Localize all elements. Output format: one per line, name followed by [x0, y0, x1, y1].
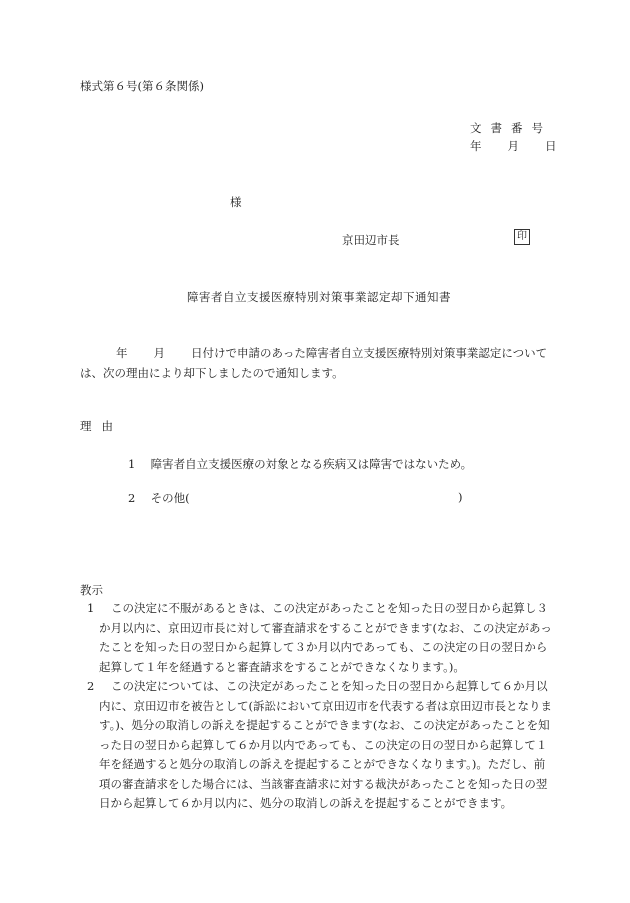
document-number-label: 文書番号 — [470, 120, 552, 136]
document-title: 障害者自立支援医療特別対策事業認定却下通知書 — [187, 289, 451, 305]
date-year: 年 — [470, 138, 482, 154]
reason-item: 1 障害者自立支援医療の対象となる疾病又は障害ではないため。 — [128, 456, 472, 472]
body-year: 年 — [116, 346, 128, 360]
reason-close-paren: ) — [458, 490, 463, 504]
instructions-list: 1この決定に不服があるときは、この決定があったことを知った日の翌日から起算し３か… — [80, 599, 554, 814]
instructions-heading: 教示 — [80, 582, 103, 598]
date-line: 年月日 — [470, 138, 557, 154]
instruction-text: この決定に不服があるときは、この決定があったことを知った日の翌日から起算し３か月… — [99, 601, 552, 674]
instruction-item: 1この決定に不服があるときは、この決定があったことを知った日の翌日から起算し３か… — [80, 599, 554, 677]
instruction-item: 2この決定については、この決定があったことを知った日の翌日から起算して６か月以内… — [80, 677, 554, 814]
form-number: 様式第６号(第６条関係) — [80, 78, 204, 94]
reason-text: 障害者自立支援医療の対象となる疾病又は障害ではないため。 — [151, 457, 473, 471]
instruction-num: 2 — [87, 677, 111, 697]
body-text: 日付けで申請のあった障害者自立支援医療特別対策事業認定については、次の理由により… — [80, 346, 547, 380]
date-day: 日 — [545, 138, 557, 154]
addressee-suffix: 様 — [230, 194, 242, 210]
reason-item: 2 その他( ) — [128, 490, 190, 506]
seal-stamp: 印 — [514, 229, 530, 245]
reason-text: その他( — [151, 491, 190, 505]
sender-name: 京田辺市長 — [342, 232, 400, 248]
reasons-heading: 理由 — [80, 418, 123, 434]
reason-num: 1 — [128, 457, 135, 471]
notice-body: 年月日付けで申請のあった障害者自立支援医療特別対策事業認定については、次の理由に… — [80, 343, 552, 383]
instruction-num: 1 — [87, 599, 111, 619]
instruction-text: この決定については、この決定があったことを知った日の翌日から起算して６か月以内に… — [99, 679, 552, 810]
body-month: 月 — [154, 346, 166, 360]
reason-num: 2 — [128, 491, 135, 505]
date-month: 月 — [508, 138, 520, 154]
